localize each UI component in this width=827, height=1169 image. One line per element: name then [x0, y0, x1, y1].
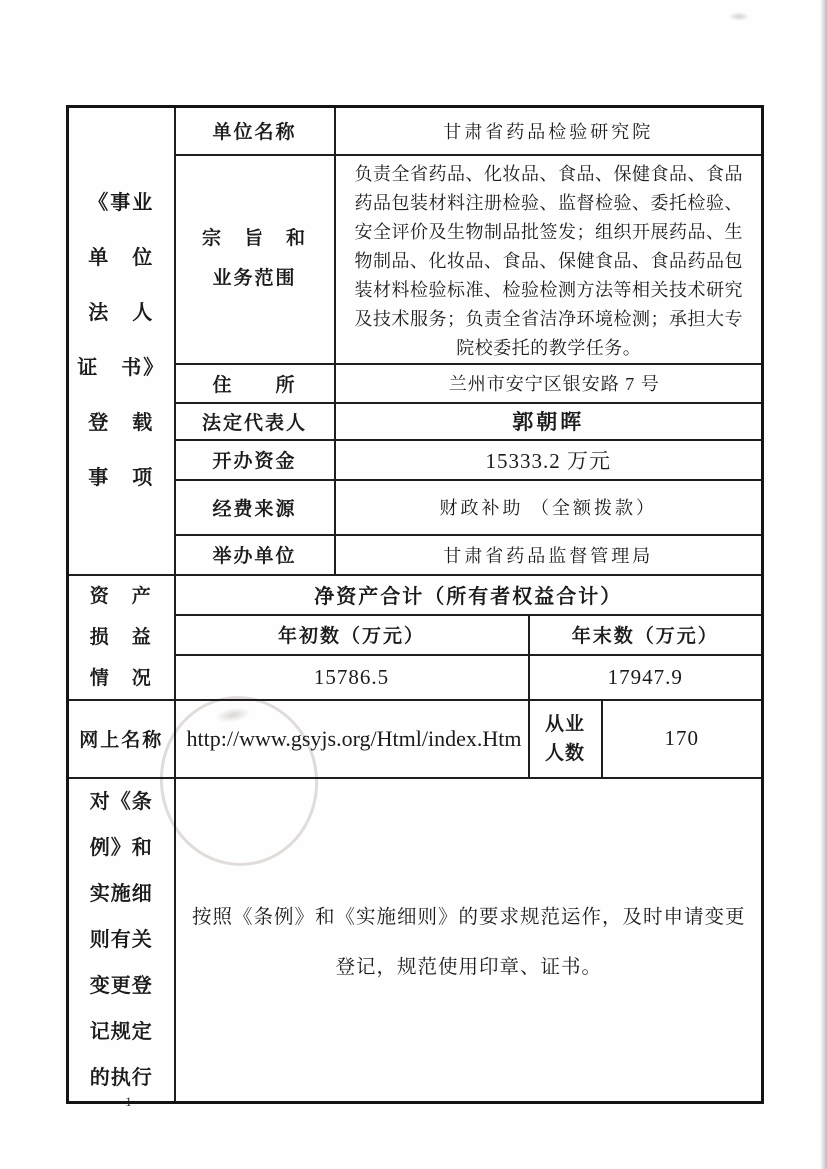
side-label-line: 登 载	[69, 396, 174, 451]
registered-items-section-label: 《事业 单 位 法 人 证 书》 登 载 事 项	[68, 107, 175, 575]
side-label-line: 法 人	[69, 286, 174, 341]
certificate-table: 《事业 单 位 法 人 证 书》 登 载 事 项 单位名称 甘肃省药品检验研究院…	[66, 105, 764, 1104]
staff-label-line: 人数	[530, 739, 601, 768]
legal-representative-value: 郭朝晖	[335, 403, 763, 440]
staff-label-line: 从业	[530, 710, 601, 739]
address-value: 兰州市安宁区银安路 7 号	[335, 364, 763, 403]
legal-representative-label: 法定代表人	[175, 403, 335, 440]
purpose-value: 负责全省药品、化妆品、食品、保健食品、食品药品包装材料注册检验、监督检验、委托检…	[335, 155, 763, 364]
side-label-line: 资 产	[69, 576, 174, 617]
scanned-document-page: 《事业 单 位 法 人 证 书》 登 载 事 项 单位名称 甘肃省药品检验研究院…	[0, 0, 827, 1169]
side-label-line: 《事业	[69, 176, 174, 231]
side-label-line: 对《条	[69, 779, 174, 825]
opening-capital-label: 开办资金	[175, 440, 335, 480]
year-start-header: 年初数（万元）	[175, 615, 529, 655]
side-label-line: 实施细	[69, 871, 174, 917]
scan-smudge	[728, 12, 750, 21]
scan-edge-shadow	[820, 0, 827, 1169]
side-label-line: 单 位	[69, 231, 174, 286]
compliance-section-label: 对《条 例》和 实施细 则有关 变更登 记规定 的执行	[68, 778, 175, 1103]
staff-count-value: 170	[602, 700, 763, 778]
assets-section-label: 资 产 损 益 情 况	[68, 575, 175, 700]
online-name-url: http://www.gsyjs.org/Html/index.Htm	[175, 700, 529, 778]
unit-name-value: 甘肃省药品检验研究院	[335, 107, 763, 155]
address-label: 住 所	[175, 364, 335, 403]
opening-capital-value: 15333.2 万元	[335, 440, 763, 480]
purpose-label-line: 宗 旨 和	[176, 219, 334, 259]
online-name-label: 网上名称	[68, 700, 175, 778]
purpose-label-line: 业务范围	[176, 259, 334, 299]
side-label-line: 变更登	[69, 963, 174, 1009]
organizer-value: 甘肃省药品监督管理局	[335, 535, 763, 575]
side-label-line: 则有关	[69, 917, 174, 963]
side-label-line: 情 况	[69, 658, 174, 699]
organizer-label: 举办单位	[175, 535, 335, 575]
year-end-header: 年末数（万元）	[529, 615, 763, 655]
net-assets-total-header: 净资产合计（所有者权益合计）	[175, 575, 763, 615]
side-label-line: 证 书》	[69, 341, 174, 396]
compliance-text: 按照《条例》和《实施细则》的要求规范运作，及时申请变更登记，规范使用印章、证书。	[175, 778, 763, 1103]
side-label-line: 事 项	[69, 451, 174, 506]
funding-source-value: 财政补助 （全额拨款）	[335, 480, 763, 535]
side-label-line: 例》和	[69, 825, 174, 871]
staff-count-label: 从业 人数	[529, 700, 602, 778]
year-end-value: 17947.9	[529, 655, 763, 699]
unit-name-label: 单位名称	[175, 107, 335, 155]
side-label-line: 损 益	[69, 617, 174, 658]
purpose-label: 宗 旨 和 业务范围	[175, 155, 335, 364]
year-start-value: 15786.5	[175, 655, 529, 699]
side-label-line: 记规定	[69, 1009, 174, 1055]
funding-source-label: 经费来源	[175, 480, 335, 535]
side-label-line: 的执行	[69, 1055, 174, 1101]
